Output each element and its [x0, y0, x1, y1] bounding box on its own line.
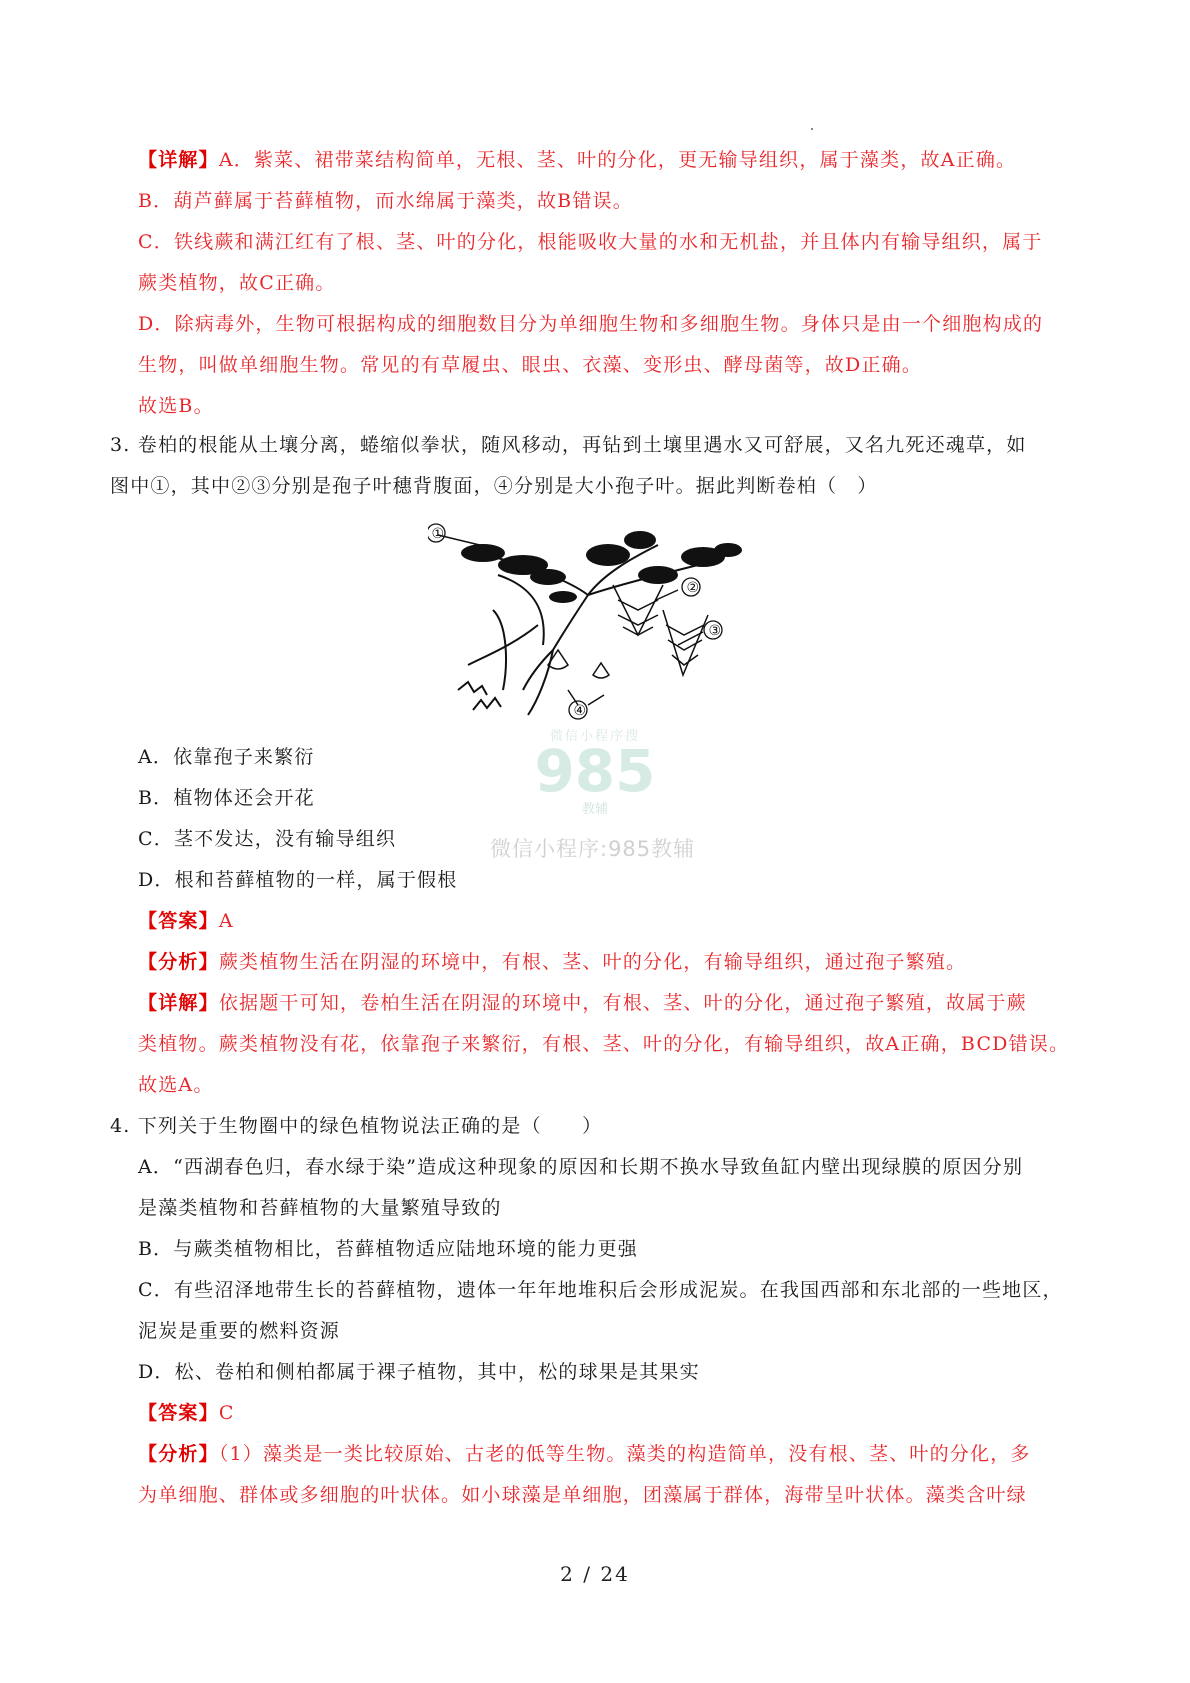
analysis-tag: 【分析】: [138, 951, 219, 973]
q3-analysis: 【分析】蕨类植物生活在阴湿的环境中，有根、茎、叶的分化，有输导组织，通过孢子繁殖…: [138, 950, 966, 974]
q4-option-c-line-2: 泥炭是重要的燃料资源: [138, 1319, 340, 1343]
answer-tag: 【答案】: [138, 910, 219, 932]
answer-tag: 【答案】: [138, 1402, 219, 1424]
q4-analysis-line-2: 为单细胞、群体或多细胞的叶状体。如小球藻是单细胞，团藻属于群体，海带呈叶状体。藻…: [138, 1483, 1027, 1507]
watermark-caption: 微信小程序:985教辅: [490, 833, 695, 863]
detail-tag: 【详解】: [138, 149, 219, 171]
watermark-number: 985: [470, 744, 720, 798]
q2-detail-line-2: B．葫芦藓属于苔藓植物，而水绵属于藻类，故B错误。: [138, 189, 633, 213]
q4-number: 4.: [110, 1115, 131, 1137]
q3-analysis-text: 蕨类植物生活在阴湿的环境中，有根、茎、叶的分化，有输导组织，通过孢子繁殖。: [219, 951, 966, 973]
q2-detail-line-4: 蕨类植物，故C正确。: [138, 271, 336, 295]
q4-option-a-line-2: 是藻类植物和苔藓植物的大量繁殖导致的: [138, 1196, 502, 1220]
q3-option-a: A．依靠孢子来繁衍: [138, 745, 315, 769]
q3-stem-line-2: 图中①，其中②③分别是孢子叶穗背腹面，④分别是大小孢子叶。据此判断卷柏（ ）: [110, 474, 878, 498]
watermark-top-text: 微信小程序搜: [470, 725, 720, 744]
q3-option-b: B．植物体还会开花: [138, 786, 315, 810]
q2-detail-line-6: 生物，叫做单细胞生物。常见的有草履虫、眼虫、衣藻、变形虫、酵母菌等，故D正确。: [138, 353, 922, 377]
q3-answer: 【答案】A: [138, 909, 234, 933]
q3-answer-value: A: [219, 910, 234, 932]
watermark-sub: 教辅: [470, 798, 720, 817]
stray-mark: [811, 128, 813, 130]
q3-stem-line-1: 3. 卷柏的根能从土壤分离，蜷缩似拳状，随风移动，再钻到土壤里遇水又可舒展，又名…: [110, 433, 1027, 457]
q4-analysis-text-1: （1）藻类是一类比较原始、古老的低等生物。藻类的构造简单，没有根、茎、叶的分化，…: [219, 1443, 1031, 1465]
q4-answer: 【答案】C: [138, 1401, 235, 1425]
q2-detail-line-5: D．除病毒外，生物可根据构成的细胞数目分为单细胞生物和多细胞生物。身体只是由一个…: [138, 312, 1043, 336]
q2-detail-line-1: 【详解】A．紫菜、裙带菜结构简单，无根、茎、叶的分化，更无输导组织，属于藻类，故…: [138, 148, 1016, 172]
q2-conclusion: 故选B。: [138, 394, 214, 418]
svg-text:③: ③: [709, 623, 722, 639]
q3-conclusion: 故选A。: [138, 1073, 214, 1097]
document-page: 【详解】A．紫菜、裙带菜结构简单，无根、茎、叶的分化，更无输导组织，属于藻类，故…: [0, 0, 1190, 1683]
q3-detail-text-1: 依据题干可知，卷柏生活在阴湿的环境中，有根、茎、叶的分化，通过孢子繁殖，故属于蕨: [219, 992, 1027, 1014]
analysis-tag: 【分析】: [138, 1443, 219, 1465]
q4-stem-text: 下列关于生物圈中的绿色植物说法正确的是（ ）: [138, 1115, 603, 1137]
q4-stem: 4. 下列关于生物圈中的绿色植物说法正确的是（ ）: [110, 1114, 602, 1138]
q2-detail-line-3: C．铁线蕨和满江红有了根、茎、叶的分化，根能吸收大量的水和无机盐，并且体内有输导…: [138, 230, 1043, 254]
q4-option-a-line-1: A．“西湖春色归，春水绿于染”造成这种现象的原因和长期不换水导致鱼缸内壁出现绿膜…: [138, 1155, 1023, 1179]
q3-option-c: C．茎不发达，没有输导组织: [138, 827, 396, 851]
svg-text:④: ④: [574, 703, 587, 719]
svg-text:②: ②: [687, 580, 700, 596]
q4-option-d: D．松、卷柏和侧柏都属于裸子植物，其中，松的球果是其果实: [138, 1360, 700, 1384]
q2-detail-text-1: A．紫菜、裙带菜结构简单，无根、茎、叶的分化，更无输导组织，属于藻类，故A正确。: [219, 149, 1016, 171]
q4-option-c-line-1: C．有些沼泽地带生长的苔藓植物，遗体一年年地堆积后会形成泥炭。在我国西部和东北部…: [138, 1278, 1063, 1302]
selaginella-figure: ① ② ③ ④: [428, 515, 778, 720]
q3-detail-line-2: 类植物。蕨类植物没有花，依靠孢子来繁衍，有根、茎、叶的分化，有输导组织，故A正确…: [138, 1032, 1069, 1056]
q3-option-d: D．根和苔藓植物的一样，属于假根: [138, 868, 457, 892]
svg-text:①: ①: [432, 526, 445, 542]
q4-option-b: B．与蕨类植物相比，苔藓植物适应陆地环境的能力更强: [138, 1237, 638, 1261]
page-number: 2 / 24: [0, 1562, 1190, 1586]
q4-analysis-line-1: 【分析】（1）藻类是一类比较原始、古老的低等生物。藻类的构造简单，没有根、茎、叶…: [138, 1442, 1031, 1466]
q4-answer-value: C: [219, 1402, 235, 1424]
q3-stem-text-1: 卷柏的根能从土壤分离，蜷缩似拳状，随风移动，再钻到土壤里遇水又可舒展，又名九死还…: [138, 434, 1027, 456]
detail-tag: 【详解】: [138, 992, 219, 1014]
q3-detail-line-1: 【详解】依据题干可知，卷柏生活在阴湿的环境中，有根、茎、叶的分化，通过孢子繁殖，…: [138, 991, 1027, 1015]
q3-number: 3.: [110, 434, 131, 456]
